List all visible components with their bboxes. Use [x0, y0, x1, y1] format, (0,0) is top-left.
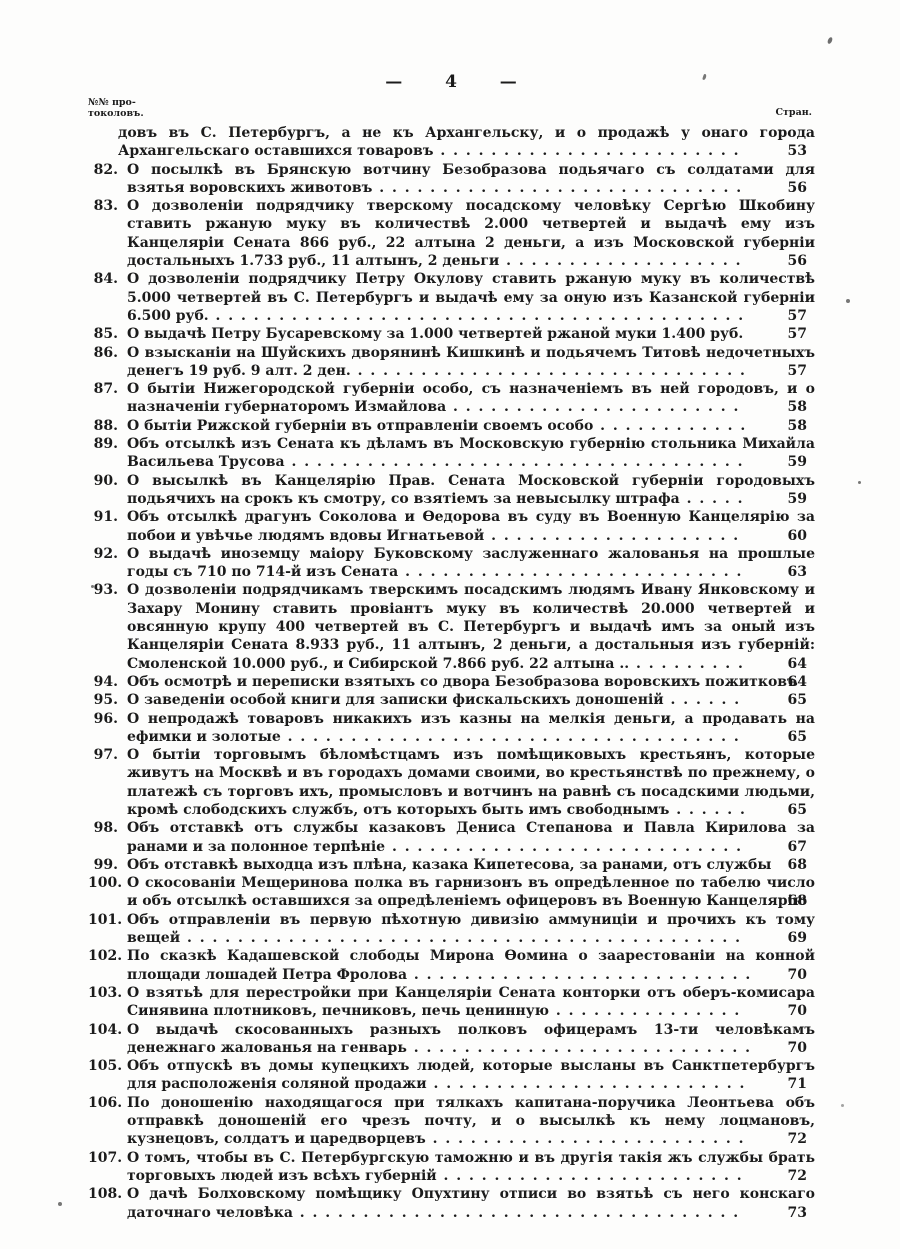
entry-page-number: 60	[767, 527, 807, 545]
entry-text: О посылкѣ въ Брянскую вотчину Безобразов…	[127, 161, 815, 198]
entry-protocol-number: 108.	[88, 1185, 118, 1203]
entry-page-number: 65	[767, 691, 807, 709]
entry-text: Объ осмотрѣ и переписки взятыхъ со двора…	[127, 673, 815, 691]
dot-leader: . . . . . . . . . . . . . . . . . . . . …	[437, 1168, 743, 1184]
dot-leader: . . . . . . . . . . . . . . . . . . . . …	[385, 839, 742, 855]
entry-text: Объ отсылкѣ изъ Сената къ дѣламъ въ Моск…	[127, 435, 815, 472]
entry-text: По доношенію находящагося при тялкахъ ка…	[127, 1094, 815, 1149]
entry-protocol-number: 103.	[88, 984, 118, 1002]
toc-entry: 88. О бытіи Рижской губерніи въ отправле…	[88, 417, 815, 435]
entry-text: О томъ, чтобы въ С. Петербургскую таможн…	[127, 1149, 815, 1186]
toc-entry: 102. По сказкѣ Кадашевской слободы Мирон…	[88, 947, 815, 984]
dot-leader: . . . . . . . . . . . . . . . . . . . .	[484, 528, 739, 544]
entry-text: О дозволеніи подрядчикамъ тверскимъ поса…	[127, 581, 815, 672]
entry-protocol-number: 94.	[88, 673, 118, 691]
entry-page-number: 67	[767, 838, 807, 856]
entry-protocol-number: 98.	[88, 819, 118, 837]
scan-speck	[91, 585, 94, 588]
dot-leader: . . . . . . . . . . . . . . . . . . . . …	[446, 399, 739, 415]
dot-leader: . . . . . . . . . . . . . . . . . . . . …	[209, 308, 744, 324]
dot-leader: . . . . . . . . . . . .	[593, 418, 746, 434]
column-header-pages: Стран.	[775, 107, 812, 118]
entry-text: О бытіи торговымъ бѣломѣстцамъ изъ помѣщ…	[127, 746, 815, 819]
dot-leader: . . . . . . . . . . . . . . . . . . .	[499, 253, 741, 269]
toc-entry: 87. О бытіи Нижегородской губерніи особо…	[88, 380, 815, 417]
entry-page-number: 72	[767, 1167, 807, 1185]
entry-protocol-number: 88.	[88, 417, 118, 435]
entry-text: О выдачѣ иноземцу маіору Буковскому засл…	[127, 545, 815, 582]
toc-entry: 83. О дозволеніи подрядчику тверскому по…	[88, 197, 815, 270]
entry-page-number: 59	[767, 453, 807, 471]
toc-entry: 105. Объ отпускѣ въ домы купецкихъ людей…	[88, 1057, 815, 1094]
scan-speck	[841, 1104, 844, 1107]
entry-text: Объ отставкѣ отъ службы казаковъ Дениса …	[127, 819, 815, 856]
entry-protocol-number: 97.	[88, 746, 118, 764]
toc-entry: 91. Объ отсылкѣ драгунъ Соколова и Ѳедор…	[88, 508, 815, 545]
entry-protocol-number: 96.	[88, 710, 118, 728]
entry-page-number: 63	[767, 563, 807, 581]
entry-protocol-number: 91.	[88, 508, 118, 526]
entry-protocol-number: 85.	[88, 325, 118, 343]
entry-page-number: 59	[767, 490, 807, 508]
entry-protocol-number: 100.	[88, 874, 118, 892]
entry-page-number: 72	[767, 1130, 807, 1148]
entry-protocol-number: 87.	[88, 380, 118, 398]
entry-page-number: 56	[767, 252, 807, 270]
dot-leader: . . . . . . . . . . . . . . . . . . . . …	[433, 143, 739, 159]
entry-protocol-number: 104.	[88, 1021, 118, 1039]
entry-protocol-number: 107.	[88, 1149, 118, 1167]
entry-page-number: 69	[767, 929, 807, 947]
toc-entry: 94. Объ осмотрѣ и переписки взятыхъ со д…	[88, 673, 815, 691]
entry-protocol-number: 99.	[88, 856, 118, 874]
entry-protocol-number: 105.	[88, 1057, 118, 1075]
dot-leader: . . . . . . . . . . . . . . . . . . . . …	[180, 930, 741, 946]
entry-page-number: 58	[767, 417, 807, 435]
dot-leader: . . . . . .	[669, 802, 746, 818]
entry-protocol-number: 90.	[88, 472, 118, 490]
entry-protocol-number: 86.	[88, 344, 118, 362]
toc-entry: 108. О дачѣ Болховскому помѣщику Опухтин…	[88, 1185, 815, 1222]
entry-text: О бытіи Рижской губерніи въ отправленіи …	[127, 417, 815, 435]
entry-text: О взысканіи на Шуйскихъ дворянинѣ Кишкин…	[127, 344, 815, 381]
scan-speck	[58, 1202, 62, 1206]
entry-text: Объ отправленіи въ первую пѣхотную дивиз…	[127, 911, 815, 948]
entry-text: Объ отпускѣ въ домы купецкихъ людей, кот…	[127, 1057, 815, 1094]
scan-speck	[827, 36, 834, 44]
toc-entry: 85. О выдачѣ Петру Бусаревскому за 1.000…	[88, 325, 815, 343]
entry-protocol-number: 89.	[88, 435, 118, 453]
dot-leader: . . . . . . . . . . . . . . . . . . . . …	[427, 1076, 746, 1092]
toc-entry: 98. Объ отставкѣ отъ службы казаковъ Ден…	[88, 819, 815, 856]
entry-text: Объ отсылкѣ драгунъ Соколова и Ѳедорова …	[127, 508, 815, 545]
entry-page-number: 73	[767, 1204, 807, 1222]
entry-text: О выдачѣ скосованныхъ разныхъ полковъ оф…	[127, 1021, 815, 1058]
entry-page-number: 64	[767, 673, 807, 691]
entry-protocol-number: 92.	[88, 545, 118, 563]
dot-leader: . . . . . . . . . . . . . . . . . . . . …	[407, 967, 751, 983]
toc-entry: 100. О скосованіи Мещеринова полка въ га…	[88, 874, 815, 911]
dot-leader: . . . . . . . . .	[629, 656, 744, 672]
toc-entry: 104. О выдачѣ скосованныхъ разныхъ полко…	[88, 1021, 815, 1058]
column-header-protocol-numbers: №№ про- токоловъ.	[88, 97, 144, 119]
entry-protocol-number: 95.	[88, 691, 118, 709]
entry-page-number: 57	[767, 307, 807, 325]
toc-entry: 86. О взысканіи на Шуйскихъ дворянинѣ Ки…	[88, 344, 815, 381]
toc-entry: 92. О выдачѣ иноземцу маіору Буковскому …	[88, 545, 815, 582]
entry-text: О бытіи Нижегородской губерніи особо, съ…	[127, 380, 815, 417]
entry-text: О выдачѣ Петру Бусаревскому за 1.000 чет…	[127, 325, 815, 343]
dot-leader: . . . . . . . . . . . . . . . . . . . . …	[426, 1131, 745, 1147]
dot-leader: . . . . . . . . . . . . . . . . . . . . …	[372, 180, 742, 196]
dot-leader: . . . . .	[680, 491, 744, 507]
entry-page-number: 68	[767, 856, 807, 874]
toc-entry: 101. Объ отправленіи въ первую пѣхотную …	[88, 911, 815, 948]
entry-page-number: 57	[767, 362, 807, 380]
entry-protocol-number: 102.	[88, 947, 118, 965]
dot-leader: . . . . . . . . . . . . . . . . . . . . …	[281, 729, 740, 745]
toc-entry: 107. О томъ, чтобы въ С. Петербургскую т…	[88, 1149, 815, 1186]
entry-page-number: 53	[767, 142, 807, 160]
dot-leader: . . . . . . . . . . . . . . .	[549, 1003, 740, 1019]
entry-protocol-number: 101.	[88, 911, 118, 929]
dot-leader: . . . . . . . . . . . . . . . . . . . . …	[351, 363, 746, 379]
toc-entry: 90. О высылкѣ въ Канцелярію Прав. Сената…	[88, 472, 815, 509]
entry-text: О непродажѣ товаровъ никакихъ изъ казны …	[127, 710, 815, 747]
entry-text: По сказкѣ Кадашевской слободы Мирона Ѳом…	[127, 947, 815, 984]
entry-page-number: 64	[767, 655, 807, 673]
entry-page-number: 65	[767, 728, 807, 746]
entry-page-number: 70	[767, 966, 807, 984]
entry-page-number: 58	[767, 398, 807, 416]
entry-page-number: 68	[767, 892, 807, 910]
toc-entry: 103. О взятьѣ для перестройки при Канцел…	[88, 984, 815, 1021]
toc-entry: 97. О бытіи торговымъ бѣломѣстцамъ изъ п…	[88, 746, 815, 819]
dot-leader: . . . . . . . . . . . . . . . . . . . . …	[398, 564, 742, 580]
entry-text: Объ отставкѣ выходца изъ плѣна, казака К…	[127, 856, 815, 874]
entry-protocol-number: 83.	[88, 197, 118, 215]
toc-entry: 82. О посылкѣ въ Брянскую вотчину Безобр…	[88, 161, 815, 198]
entry-page-number: 70	[767, 1039, 807, 1057]
entry-page-number: 70	[767, 1002, 807, 1020]
entry-text: О заведеніи особой книги для записки фис…	[127, 691, 815, 709]
toc-entry: 106. По доношенію находящагося при тялка…	[88, 1094, 815, 1149]
scan-speck	[846, 299, 850, 303]
entry-page-number: 71	[767, 1075, 807, 1093]
entry-text: О дозволеніи подрядчику Петру Окулову ст…	[127, 270, 815, 325]
dot-leader: . . . . . . . . . . . . . . . . . . . . …	[285, 454, 744, 470]
entry-protocol-number: 82.	[88, 161, 118, 179]
scan-speck	[858, 481, 861, 484]
toc-entry: 96. О непродажѣ товаровъ никакихъ изъ ка…	[88, 710, 815, 747]
entry-page-number: 57	[767, 325, 807, 343]
entry-text: О скосованіи Мещеринова полка въ гарнизо…	[127, 874, 815, 911]
entry-text: О высылкѣ въ Канцелярію Прав. Сената Мос…	[127, 472, 815, 509]
toc-entry: 99. Объ отставкѣ выходца изъ плѣна, каза…	[88, 856, 815, 874]
entry-page-number: 56	[767, 179, 807, 197]
toc-list: довъ въ С. Петербургъ, а не къ Архангель…	[88, 124, 815, 1222]
toc-entry: 93. О дозволеніи подрядчикамъ тверскимъ …	[88, 581, 815, 672]
entry-protocol-number: 84.	[88, 270, 118, 288]
entry-text: О дозволеніи подрядчику тверскому посадс…	[127, 197, 815, 270]
dot-leader: . . . . . .	[664, 692, 741, 708]
entry-text: довъ въ С. Петербургъ, а не къ Архангель…	[118, 124, 815, 161]
entry-text: О дачѣ Болховскому помѣщику Опухтину отп…	[127, 1185, 815, 1222]
entry-protocol-number: 106.	[88, 1094, 118, 1112]
dot-leader: . . . . . . . . . . . . . . . . . . . . …	[293, 1205, 739, 1221]
entry-text: О взятьѣ для перестройки при Канцеляріи …	[127, 984, 815, 1021]
entry-page-number: 65	[767, 801, 807, 819]
toc-entry: 89. Объ отсылкѣ изъ Сената къ дѣламъ въ …	[88, 435, 815, 472]
toc-entry: 95. О заведеніи особой книги для записки…	[88, 691, 815, 709]
scanned-document-page: — 4 — №№ про- токоловъ. Стран. довъ въ С…	[0, 0, 900, 1249]
toc-entry: довъ въ С. Петербургъ, а не къ Архангель…	[88, 124, 815, 161]
dot-leader: . . . . . . . . . . . . . . . . . . . . …	[407, 1040, 751, 1056]
toc-entry: 84. О дозволеніи подрядчику Петру Окулов…	[88, 270, 815, 325]
